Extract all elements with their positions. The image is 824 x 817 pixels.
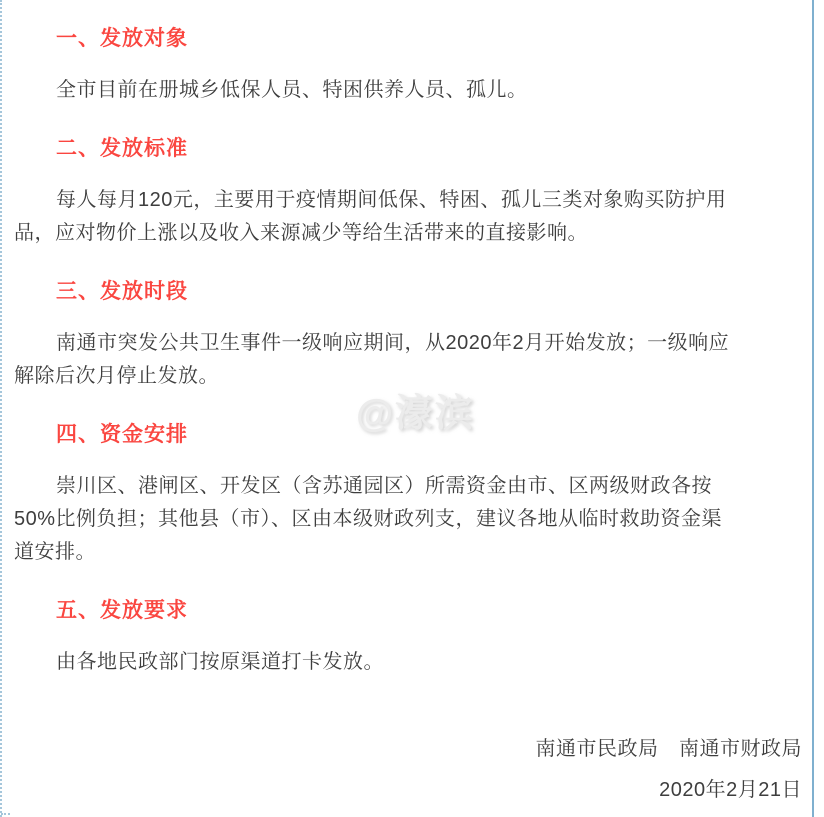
- issue-date: 2020年2月21日: [14, 774, 802, 807]
- section-title-distribution-requirements: 五、发放要求: [56, 596, 808, 625]
- section-title-funding-arrangement: 四、资金安排: [56, 420, 808, 449]
- section-paragraph-distribution-period: 南通市突发公共卫生事件一级响应期间，从2020年2月开始发放；一级响应 解除后次…: [14, 327, 808, 393]
- section-paragraph-distribution-targets: 全市目前在册城乡低保人员、特困供养人员、孤儿。: [14, 74, 808, 107]
- notice-document: @濠滨 一、发放对象 全市目前在册城乡低保人员、特困供养人员、孤儿。 二、发放标…: [0, 0, 824, 817]
- section-paragraph-distribution-standard: 每人每月120元，主要用于疫情期间低保、特困、孤儿三类对象购买防护用 品，应对物…: [14, 184, 808, 250]
- section-title-distribution-period: 三、发放时段: [56, 277, 808, 306]
- section-title-distribution-targets: 一、发放对象: [56, 24, 808, 53]
- issuer-names: 南通市民政局 南通市财政局: [14, 733, 802, 766]
- signature-block: 南通市民政局 南通市财政局 2020年2月21日: [14, 733, 808, 807]
- bottom-left-corner-mark: [1, 806, 10, 815]
- section-paragraph-distribution-requirements: 由各地民政部门按原渠道打卡发放。: [14, 646, 808, 679]
- notice-body: 一、发放对象 全市目前在册城乡低保人员、特困供养人员、孤儿。 二、发放标准 每人…: [0, 0, 824, 807]
- section-paragraph-funding-arrangement: 崇川区、港闸区、开发区（含苏通园区）所需资金由市、区两级财政各按 50%比例负担…: [14, 470, 808, 569]
- section-title-distribution-standard: 二、发放标准: [56, 134, 808, 163]
